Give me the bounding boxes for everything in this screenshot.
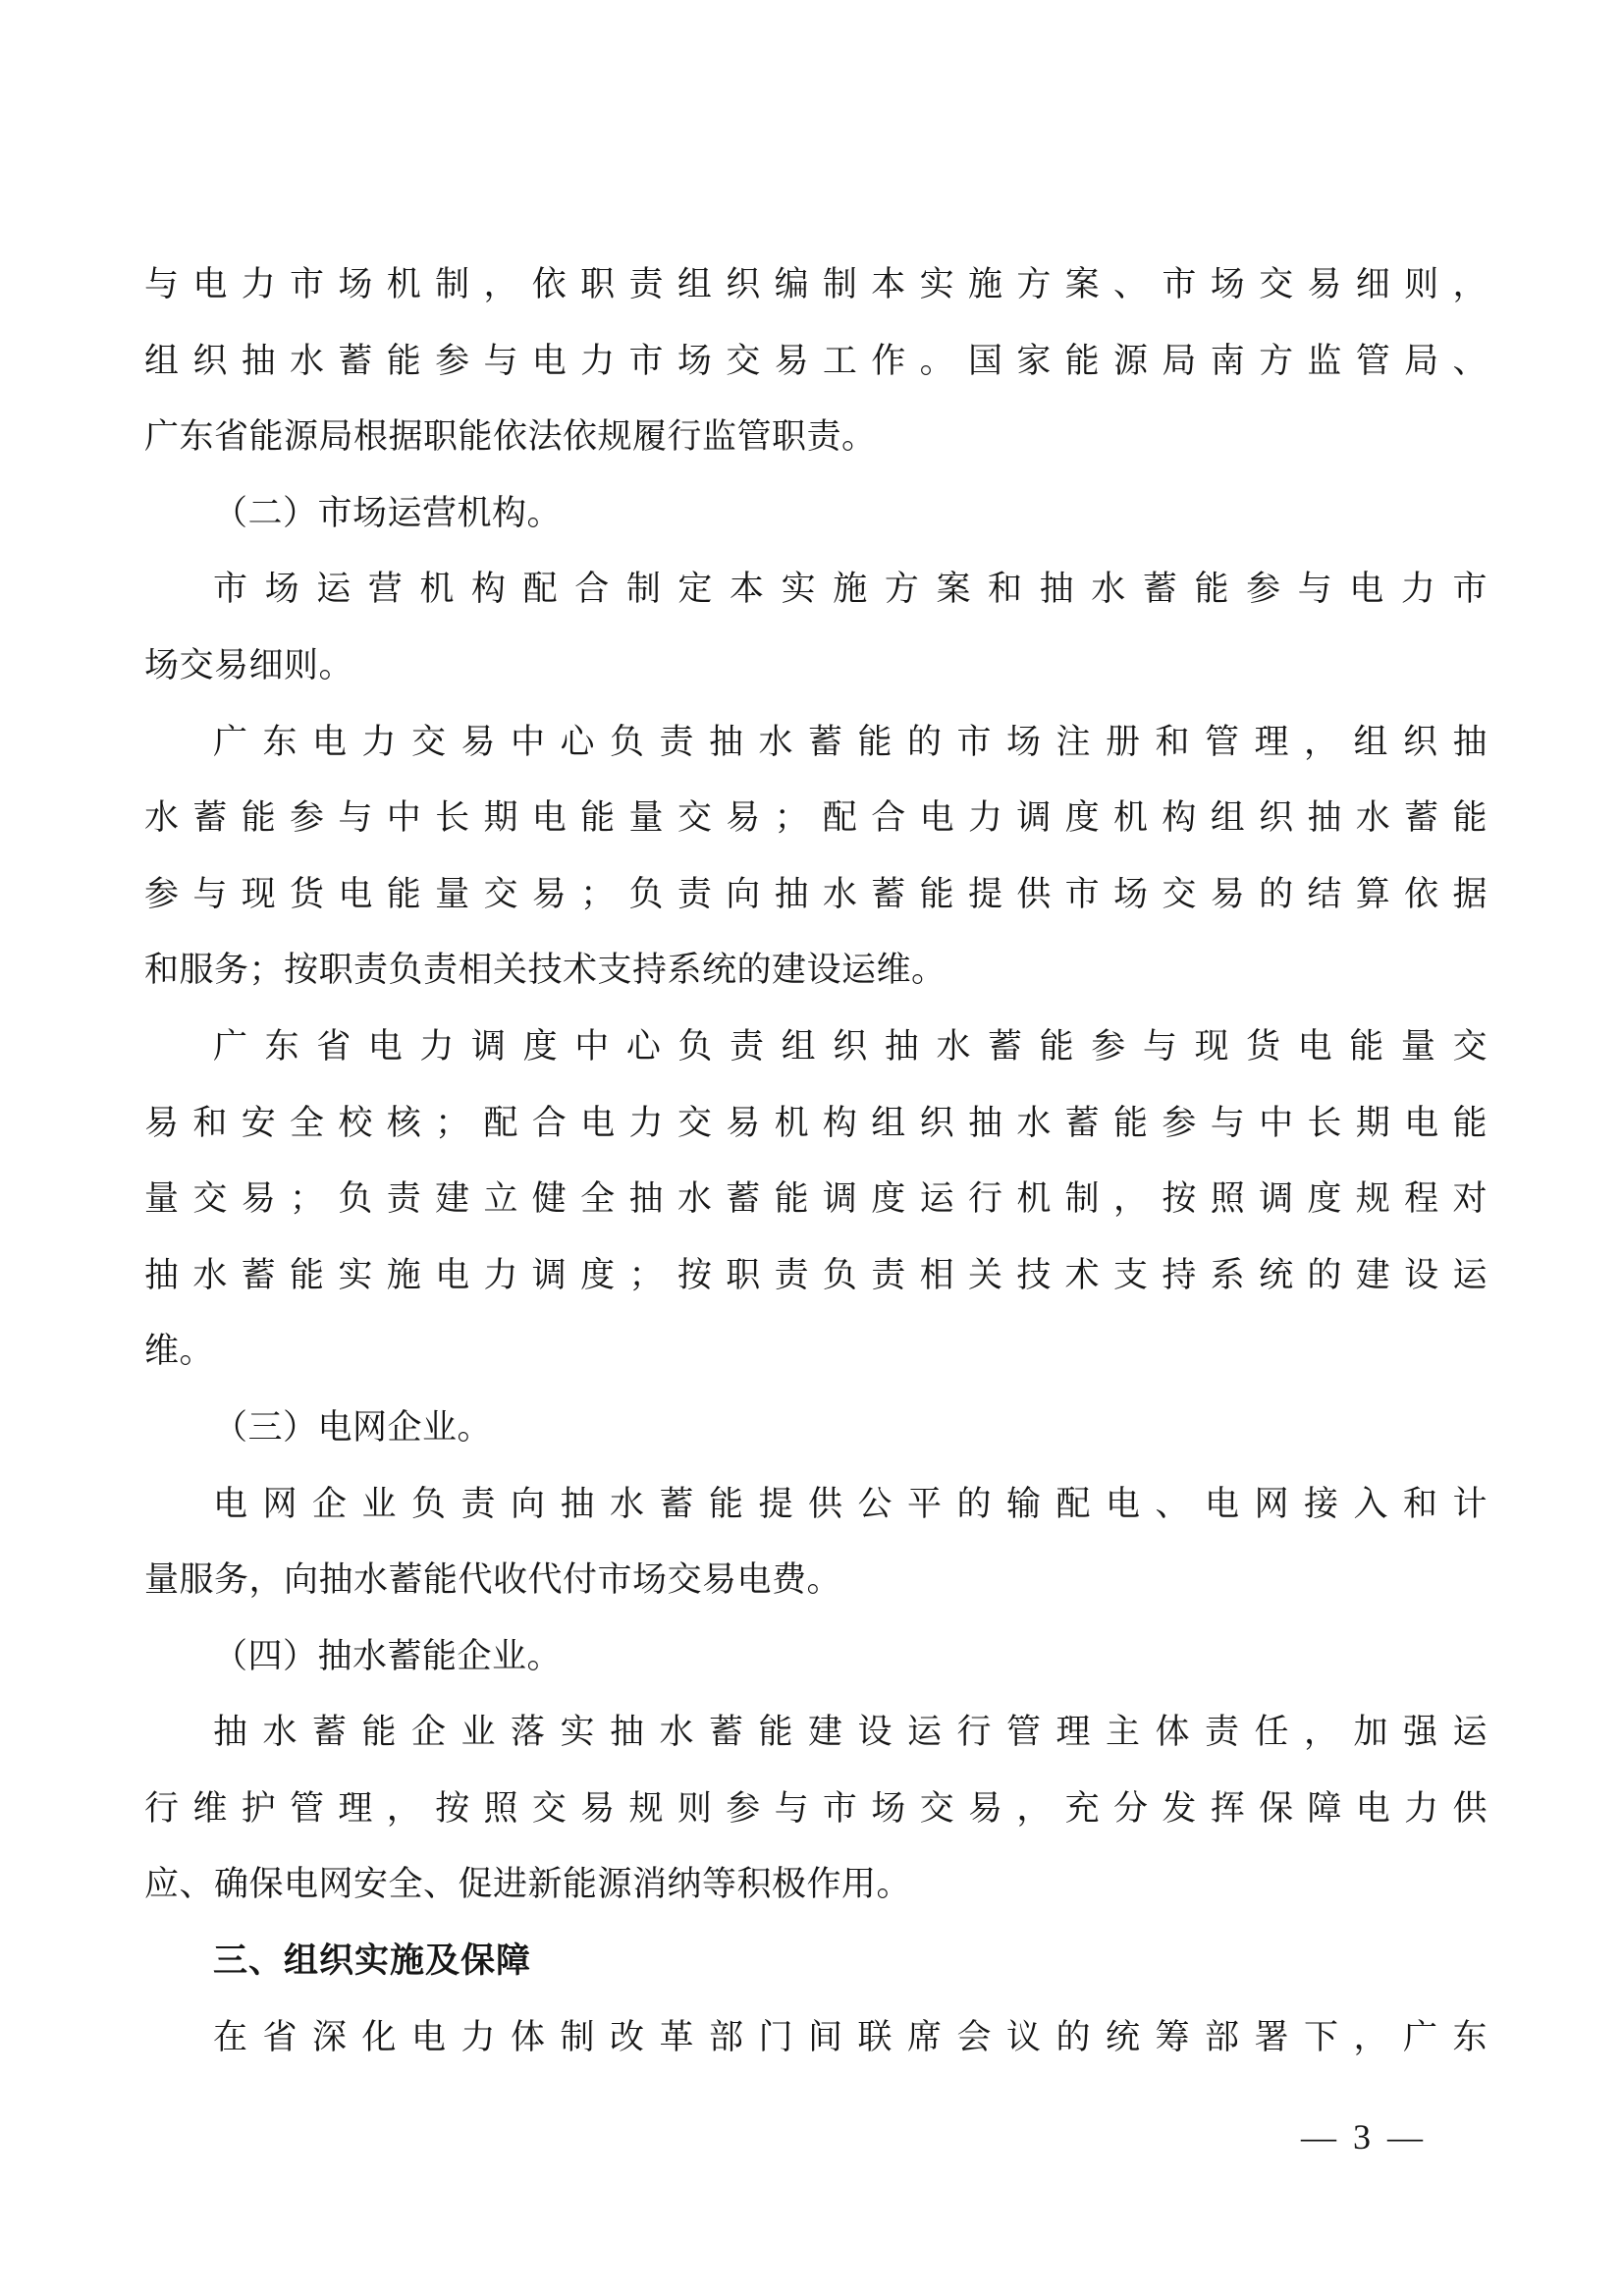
doc-line: 参与现货电能量交易；负责向抽水蓄能提供市场交易的结算依据 [144,856,1488,933]
doc-line: 抽水蓄能实施电力调度；按职责负责相关技术支持系统的建设运 [144,1237,1488,1314]
doc-line: 广东电力交易中心负责抽水蓄能的市场注册和管理，组织抽 [144,704,1488,781]
doc-line: 维。 [144,1313,1488,1390]
doc-subsection-heading: （三）电网企业。 [144,1390,1488,1466]
document-text-block: 与电力市场机制，依职责组织编制本实施方案、市场交易细则， 组织抽水蓄能参与电力市… [144,246,1488,2075]
doc-line: 市场运营机构配合制定本实施方案和抽水蓄能参与电力市 [144,551,1488,628]
doc-line: 和服务；按职责负责相关技术支持系统的建设运维。 [144,932,1488,1009]
doc-line: 量服务，向抽水蓄能代收代付市场交易电费。 [144,1542,1488,1618]
doc-subsection-heading: （四）抽水蓄能企业。 [144,1618,1488,1695]
document-page: 与电力市场机制，依职责组织编制本实施方案、市场交易细则， 组织抽水蓄能参与电力市… [0,0,1623,2296]
doc-subsection-heading: （二）市场运营机构。 [144,475,1488,552]
doc-line: 在省深化电力体制改革部门间联席会议的统筹部署下，广东 [144,1999,1488,2076]
doc-line: 行维护管理，按照交易规则参与市场交易，充分发挥保障电力供 [144,1771,1488,1847]
doc-line: 组织抽水蓄能参与电力市场交易工作。国家能源局南方监管局、 [144,323,1488,400]
doc-line: 与电力市场机制，依职责组织编制本实施方案、市场交易细则， [144,246,1488,323]
doc-line: 广东省能源局根据职能依法依规履行监管职责。 [144,399,1488,475]
page-number: — 3 — [1301,2107,1427,2166]
doc-line: 易和安全校核；配合电力交易机构组织抽水蓄能参与中长期电能 [144,1085,1488,1162]
doc-line: 量交易；负责建立健全抽水蓄能调度运行机制，按照调度规程对 [144,1161,1488,1237]
doc-line: 抽水蓄能企业落实抽水蓄能建设运行管理主体责任，加强运 [144,1694,1488,1771]
doc-line: 应、确保电网安全、促进新能源消纳等积极作用。 [144,1846,1488,1923]
doc-line: 场交易细则。 [144,628,1488,704]
doc-line: 水蓄能参与中长期电能量交易；配合电力调度机构组织抽水蓄能 [144,780,1488,856]
doc-section-heading: 三、组织实施及保障 [144,1923,1488,1999]
doc-line: 广东省电力调度中心负责组织抽水蓄能参与现货电能量交 [144,1009,1488,1085]
doc-line: 电网企业负责向抽水蓄能提供公平的输配电、电网接入和计 [144,1466,1488,1543]
